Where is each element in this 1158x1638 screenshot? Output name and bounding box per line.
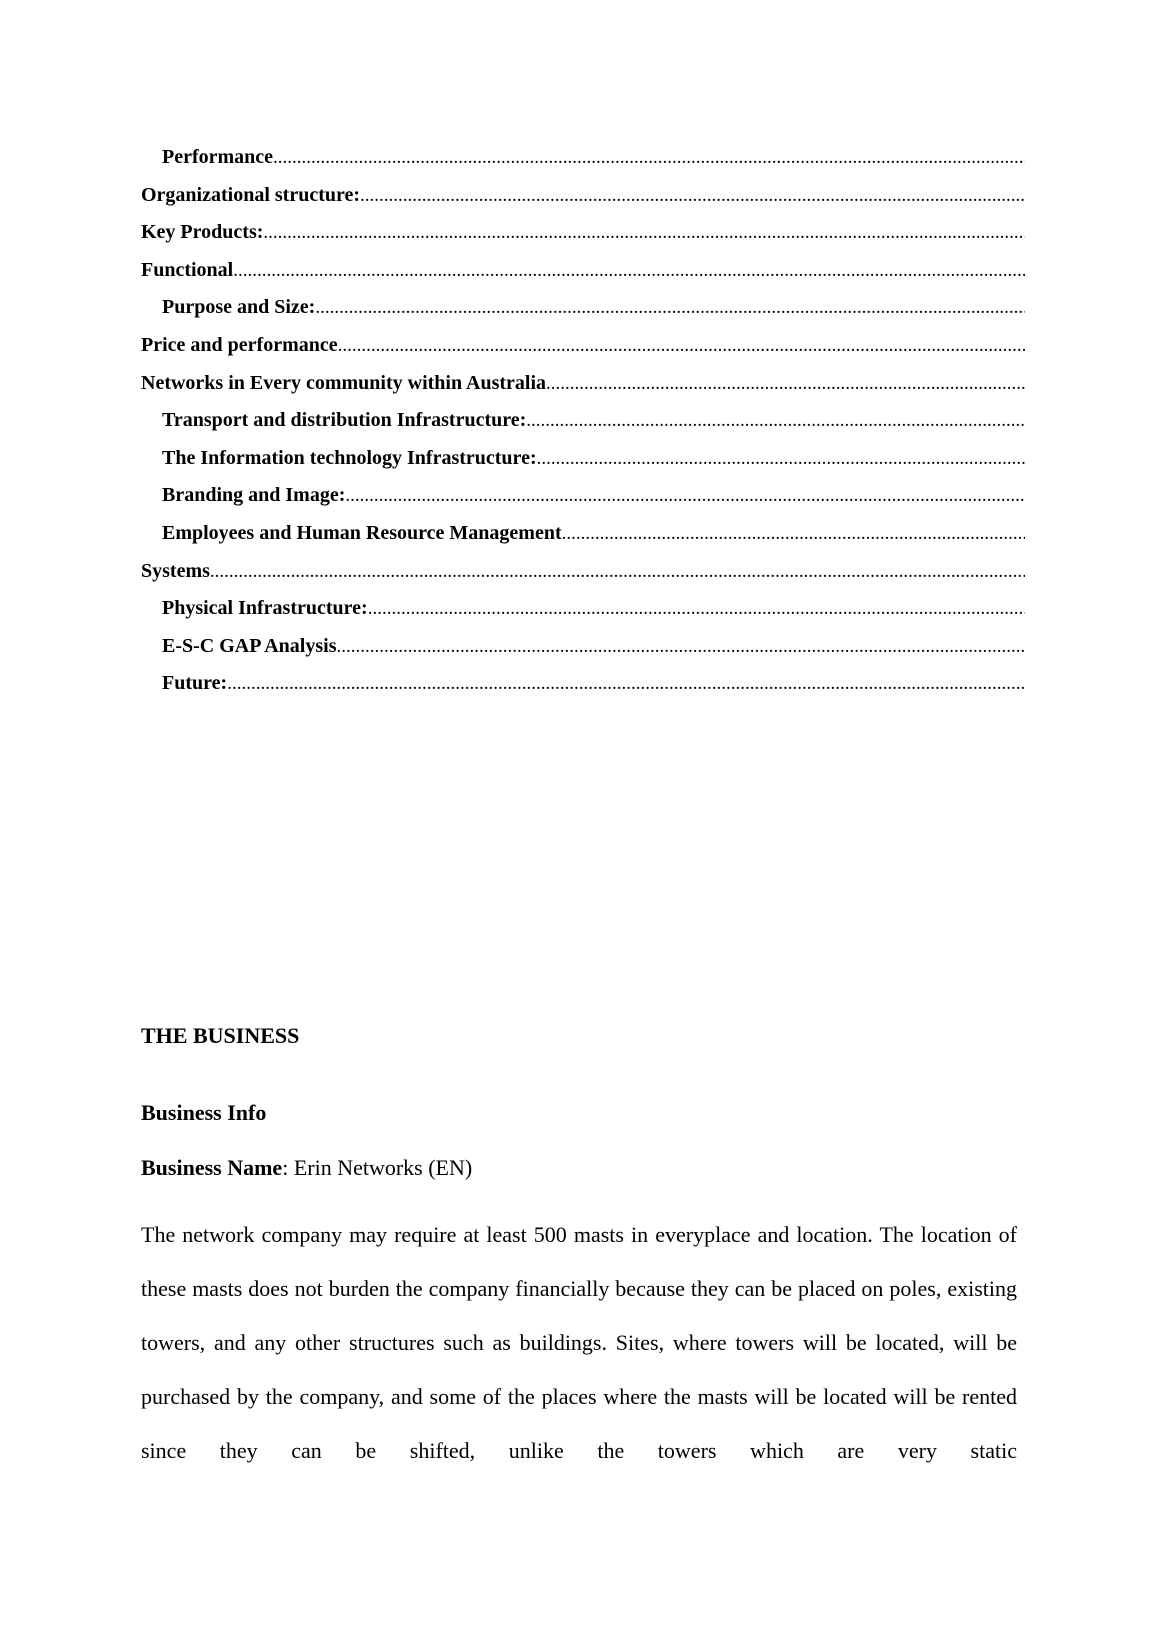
toc-entry[interactable]: Employees and Human Resource Management bbox=[141, 515, 1025, 553]
toc-entry[interactable]: Price and performance bbox=[141, 327, 1025, 365]
toc-entry-label: Branding and Image: bbox=[162, 477, 345, 515]
toc-entry-label: Transport and distribution Infrastructur… bbox=[162, 402, 526, 440]
toc-entry-label: The Information technology Infrastructur… bbox=[162, 440, 537, 478]
toc-entry[interactable]: Transport and distribution Infrastructur… bbox=[141, 402, 1025, 440]
toc-dot-leader bbox=[273, 139, 1025, 177]
toc-dot-leader bbox=[315, 289, 1025, 327]
toc-dot-leader bbox=[233, 252, 1025, 290]
toc-dot-leader bbox=[360, 177, 1025, 215]
toc-entry-label: Networks in Every community within Austr… bbox=[141, 365, 546, 403]
section-heading-the-business: THE BUSINESS bbox=[141, 1025, 299, 1047]
business-name-line: Business Name: Erin Networks (EN) bbox=[141, 1157, 472, 1179]
body-paragraph: The network company may require at least… bbox=[141, 1208, 1017, 1478]
toc-entry[interactable]: The Information technology Infrastructur… bbox=[141, 440, 1025, 478]
toc-entry-label: E-S-C GAP Analysis bbox=[162, 628, 336, 666]
toc-entry-label: Employees and Human Resource Management bbox=[162, 515, 562, 553]
toc-entry-label: Purpose and Size: bbox=[162, 289, 315, 327]
toc-entry[interactable]: Branding and Image: bbox=[141, 477, 1025, 515]
toc-entry-label: Price and performance bbox=[141, 327, 338, 365]
toc-entry[interactable]: Future: bbox=[141, 665, 1025, 703]
toc-entry[interactable]: E-S-C GAP Analysis bbox=[141, 628, 1025, 666]
subsection-heading-business-info: Business Info bbox=[141, 1102, 266, 1124]
toc-dot-leader bbox=[338, 327, 1025, 365]
table-of-contents: PerformanceOrganizational structure:Key … bbox=[141, 139, 1025, 703]
toc-entry-label: Future: bbox=[162, 665, 227, 703]
business-name-separator: : bbox=[282, 1155, 294, 1180]
toc-entry-label: Key Products: bbox=[141, 214, 263, 252]
toc-entry-label: Physical Infrastructure: bbox=[162, 590, 368, 628]
toc-dot-leader bbox=[546, 365, 1025, 403]
toc-entry-label: Functional bbox=[141, 252, 233, 290]
toc-dot-leader bbox=[210, 553, 1025, 591]
business-name-value: Erin Networks (EN) bbox=[294, 1155, 472, 1180]
toc-entry[interactable]: Organizational structure: bbox=[141, 177, 1025, 215]
toc-dot-leader bbox=[562, 515, 1025, 553]
business-name-label: Business Name bbox=[141, 1155, 282, 1180]
document-page: PerformanceOrganizational structure:Key … bbox=[0, 0, 1158, 1638]
toc-entry-label: Organizational structure: bbox=[141, 177, 360, 215]
toc-entry[interactable]: Purpose and Size: bbox=[141, 289, 1025, 327]
toc-entry-label: Systems bbox=[141, 553, 210, 591]
toc-entry[interactable]: Performance bbox=[141, 139, 1025, 177]
toc-entry-label: Performance bbox=[162, 139, 273, 177]
toc-entry[interactable]: Functional bbox=[141, 252, 1025, 290]
toc-dot-leader bbox=[336, 628, 1025, 666]
toc-entry[interactable]: Physical Infrastructure: bbox=[141, 590, 1025, 628]
toc-dot-leader bbox=[526, 402, 1025, 440]
toc-dot-leader bbox=[263, 214, 1025, 252]
toc-dot-leader bbox=[227, 665, 1025, 703]
toc-dot-leader bbox=[368, 590, 1025, 628]
toc-dot-leader bbox=[537, 440, 1025, 478]
toc-entry[interactable]: Systems bbox=[141, 553, 1025, 591]
toc-dot-leader bbox=[345, 477, 1025, 515]
toc-entry[interactable]: Key Products: bbox=[141, 214, 1025, 252]
toc-entry[interactable]: Networks in Every community within Austr… bbox=[141, 365, 1025, 403]
